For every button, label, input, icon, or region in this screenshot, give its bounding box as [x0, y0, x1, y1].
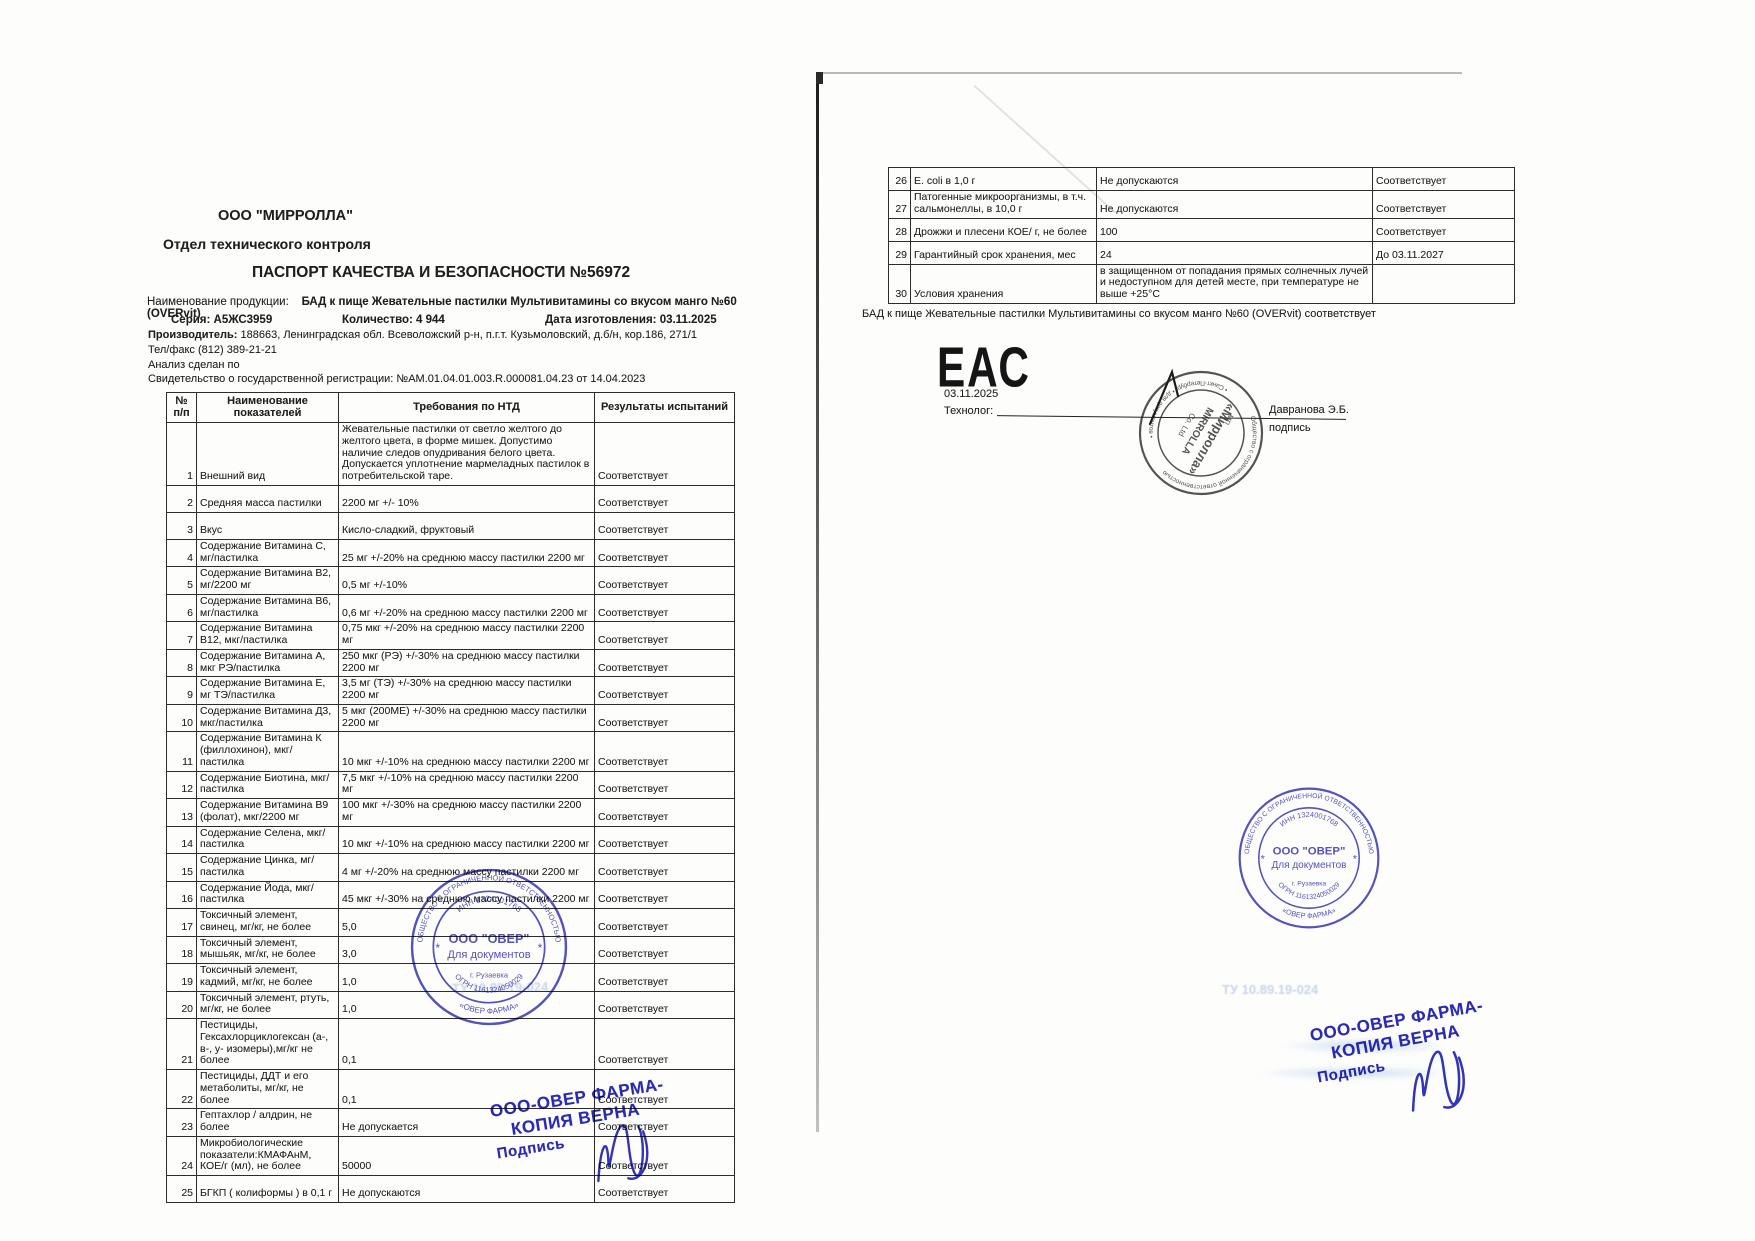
table-row: 11 Содержание Витамина К (филлохинон), м… [167, 732, 735, 771]
row-number: 29 [889, 241, 911, 264]
row-result: Соответствует [595, 909, 735, 937]
row-indicator-name: Содержание Витамина В12, мкг/пастилка [197, 622, 339, 650]
analysis-line: Анализ сделан по [148, 359, 240, 371]
table-row: 26 E. coli в 1,0 г Не допускаются Соотве… [889, 168, 1515, 191]
row-indicator-name: Содержание Витамина А, мкг РЭ/пастилка [197, 649, 339, 677]
row-result: Соответствует [595, 485, 735, 512]
row-requirement: Не допускаются [1097, 191, 1373, 219]
row-requirement: 24 [1097, 241, 1373, 264]
row-number: 18 [167, 936, 197, 964]
row-indicator-name: Патогенные микроорганизмы, в т.ч. сальмо… [911, 191, 1097, 219]
row-indicator-name: Содержание Витамина Е, мг ТЭ/пастилка [197, 677, 339, 705]
handwritten-signature [581, 1111, 677, 1196]
row-requirement: Кисло-сладкий, фруктовый [339, 512, 595, 539]
table-row: 9 Содержание Витамина Е, мг ТЭ/пастилка … [167, 677, 735, 705]
table-header-row: № п/п Наименование показателей Требовани… [167, 393, 735, 423]
producer-label: Производитель: [148, 329, 237, 341]
row-requirement: 2200 мг +/- 10% [339, 485, 595, 512]
row-requirement: 100 [1097, 218, 1373, 241]
round-stamp-graphic: Общество с ограниченной ответственностью… [1111, 343, 1290, 522]
row-requirement: 10 мкг +/-10% на среднюю массу пастилки … [339, 826, 595, 854]
row-result: Соответствует [1373, 168, 1515, 191]
page1-org-name: ООО "МИРРОЛЛА" [218, 208, 353, 224]
row-requirement: 250 мкг (РЭ) +/-30% на среднюю массу пас… [339, 649, 595, 677]
row-indicator-name: E. coli в 1,0 г [911, 168, 1097, 191]
row-result: Соответствует [595, 567, 735, 595]
row-indicator-name: Содержание Селена, мкг/пастилка [197, 826, 339, 854]
stamp-star-right: * [538, 941, 543, 955]
row-number: 26 [889, 168, 911, 191]
row-number: 6 [167, 594, 197, 622]
row-number: 14 [167, 826, 197, 854]
row-number: 7 [167, 622, 197, 650]
row-indicator-name: Средняя масса пастилки [197, 485, 339, 512]
col-header-num: № п/п [167, 393, 197, 423]
stamp-city-text: г. Рузаевка [1292, 880, 1327, 887]
row-indicator-name: Содержание Витамина Д3, мкг/пастилка [197, 704, 339, 732]
quantity-line: Количество: 4 944 [342, 314, 445, 326]
row-number: 21 [167, 1019, 197, 1070]
table-row: 7 Содержание Витамина В12, мкг/пастилка … [167, 622, 735, 650]
pen-stroke [1140, 362, 1200, 432]
technologist-label: Технолог: [944, 405, 993, 417]
row-result: Соответствует [595, 512, 735, 539]
col-header-req: Требования по НТД [339, 393, 595, 423]
sheet-left-edge [816, 72, 819, 1132]
mirrolla-round-stamp: Общество с ограниченной ответственностью… [1111, 343, 1290, 522]
row-indicator-name: Содержание Витамина В6, мг/пастилка [197, 594, 339, 622]
handwritten-signature [1394, 1035, 1496, 1127]
row-result: Соответствует [595, 771, 735, 799]
stamp-purpose-text: Для документов [447, 949, 530, 961]
row-requirement: Не допускаются [1097, 168, 1373, 191]
row-indicator-name: Токсичный элемент, свинец, мг/кг, не бол… [197, 909, 339, 937]
quality-table-page2: 26 E. coli в 1,0 г Не допускаются Соотве… [888, 167, 1515, 304]
table-row: 5 Содержание Витамина В2, мг/2200 мг 0,5… [167, 567, 735, 595]
row-number: 19 [167, 964, 197, 992]
producer-value: 188663, Ленинградская обл. Всеволожский … [241, 329, 697, 341]
row-number: 23 [167, 1109, 197, 1137]
row-number: 11 [167, 732, 197, 771]
row-requirement: 10 мкг +/-10% на среднюю массу пастилки … [339, 732, 595, 771]
stamp-star-left: * [1261, 854, 1266, 866]
scanned-document: ООО "МИРРОЛЛА" Отдел технического контро… [0, 0, 1755, 1241]
row-requirement: 7,5 мкг +/-10% на среднюю массу пастилки… [339, 771, 595, 799]
row-indicator-name: Содержание Витамина К (филлохинон), мкг/… [197, 732, 339, 771]
row-number: 8 [167, 649, 197, 677]
row-result: Соответствует [595, 964, 735, 992]
product-label: Наименование продукции: [147, 296, 289, 308]
row-number: 17 [167, 909, 197, 937]
page1-title: ПАСПОРТ КАЧЕСТВА И БЕЗОПАСНОСТИ №56972 [252, 264, 630, 282]
sheet-corner-mark [816, 72, 823, 84]
row-result: Соответствует [595, 1019, 735, 1070]
table-row: 4 Содержание Витамина С, мг/пастилка 25 … [167, 539, 735, 567]
row-number: 28 [889, 218, 911, 241]
table-row: 1 Внешний вид Жевательные пастилки от св… [167, 423, 735, 486]
row-number: 9 [167, 677, 197, 705]
table-row: 6 Содержание Витамина В6, мг/пастилка 0,… [167, 594, 735, 622]
row-requirement: 0,6 мг +/-20% на среднюю массу пастилки … [339, 594, 595, 622]
row-requirement: 0,5 мг +/-10% [339, 567, 595, 595]
row-result: Соответствует [1373, 191, 1515, 219]
table-row: 14 Содержание Селена, мкг/пастилка 10 мк… [167, 826, 735, 854]
producer-line: Производитель: 188663, Ленинградская обл… [148, 329, 738, 341]
row-indicator-name: Микробиологические показатели:КМАФАнМ, К… [197, 1136, 339, 1175]
row-number: 27 [889, 191, 911, 219]
col-header-name: Наименование показателей [197, 393, 339, 423]
row-indicator-name: Содержание Витамина С, мг/пастилка [197, 539, 339, 567]
row-indicator-name: Гарантийный срок хранения, мес [911, 241, 1097, 264]
row-number: 4 [167, 539, 197, 567]
row-result [1373, 264, 1515, 303]
row-number: 24 [167, 1136, 197, 1175]
row-requirement: 25 мг +/-20% на среднюю массу пастилки 2… [339, 539, 595, 567]
sheet-top-edge [816, 72, 1462, 74]
row-indicator-name: Дрожжи и плесени КОЕ/ г, не более [911, 218, 1097, 241]
faint-bleed-text-page2: ТУ 10.89.19-024 [1222, 982, 1318, 997]
row-result: Соответствует [595, 423, 735, 486]
table-row: 27 Патогенные микроорганизмы, в т.ч. сал… [889, 191, 1515, 219]
row-number: 2 [167, 485, 197, 512]
row-number: 1 [167, 423, 197, 486]
row-requirement: 0,75 мкг +/-20% на среднюю массу пастилк… [339, 622, 595, 650]
phone-line: Тел/факс (812) 389-21-21 [148, 344, 277, 356]
row-indicator-name: Пестициды, Гексахлорциклогексан (а-, в-,… [197, 1019, 339, 1070]
row-result: Соответствует [595, 854, 735, 882]
table-row: 13 Содержание Витамина В9 (фолат), мкг/2… [167, 799, 735, 827]
row-requirement: Жевательные пастилки от светло желтого д… [339, 423, 595, 486]
table-row: 8 Содержание Витамина А, мкг РЭ/пастилка… [167, 649, 735, 677]
row-indicator-name: Пестициды, ДДТ и его метаболиты, мг/кг, … [197, 1070, 339, 1109]
row-indicator-name: Гептахлор / алдрин, не более [197, 1109, 339, 1137]
row-result: Соответствует [595, 622, 735, 650]
row-number: 15 [167, 854, 197, 882]
row-number: 13 [167, 799, 197, 827]
col-header-res: Результаты испытаний [595, 393, 735, 423]
row-result: До 03.11.2027 [1373, 241, 1515, 264]
copy-verna-stamp-page2: ООО-ОВЕР ФАРМА- КОПИЯ ВЕРНА Подпись [1308, 984, 1555, 1088]
row-result: Соответствует [595, 594, 735, 622]
over-round-stamp-page1: ОБЩЕСТВО С ОГРАНИЧЕННОЙ ОТВЕТСТВЕННОСТЬЮ… [408, 866, 570, 1028]
technologist-name: Давранова Э.Б. [1269, 404, 1349, 416]
stamp-org-text: ООО "ОВЕР" [449, 932, 530, 946]
row-requirement: 5 мкг (200МЕ) +/-30% на среднюю массу па… [339, 704, 595, 732]
page1-department: Отдел технического контроля [163, 236, 371, 252]
row-number: 25 [167, 1176, 197, 1203]
table-row: 12 Содержание Биотина, мкг/пастилка 7,5 … [167, 771, 735, 799]
row-indicator-name: Содержание Цинка, мг/пастилка [197, 854, 339, 882]
row-requirement: 100 мкг +/-30% на среднюю массу пастилки… [339, 799, 595, 827]
stamp-purpose-text: Для документов [1272, 860, 1347, 871]
row-indicator-name: Содержание Биотина, мкг/пастилка [197, 771, 339, 799]
manufacture-date-line: Дата изготовления: 03.11.2025 [545, 314, 717, 326]
table-row: 29 Гарантийный срок хранения, мес 24 До … [889, 241, 1515, 264]
page2-date: 03.11.2025 [944, 388, 998, 400]
row-number: 12 [167, 771, 197, 799]
round-stamp-graphic: ОБЩЕСТВО С ОГРАНИЧЕННОЙ ОТВЕТСТВЕННОСТЬЮ… [408, 866, 570, 1028]
row-result: Соответствует [595, 991, 735, 1019]
stamp-star-right: * [1353, 854, 1358, 866]
row-number: 22 [167, 1070, 197, 1109]
row-result: Соответствует [1373, 218, 1515, 241]
table-row: 28 Дрожжи и плесени КОЕ/ г, не более 100… [889, 218, 1515, 241]
round-stamp-graphic: ОБЩЕСТВО С ОГРАНИЧЕННОЙ ОТВЕТСТВЕННОСТЬЮ… [1236, 785, 1382, 931]
row-result: Соответствует [595, 732, 735, 771]
row-indicator-name: Токсичный элемент, ртуть, мг/кг, не боле… [197, 991, 339, 1019]
row-result: Соответствует [595, 649, 735, 677]
row-number: 20 [167, 991, 197, 1019]
row-number: 16 [167, 881, 197, 909]
table-row: 2 Средняя масса пастилки 2200 мг +/- 10%… [167, 485, 735, 512]
row-result: Соответствует [595, 677, 735, 705]
row-indicator-name: Токсичный элемент, кадмий, мг/кг, не бол… [197, 964, 339, 992]
over-round-stamp-page2: ОБЩЕСТВО С ОГРАНИЧЕННОЙ ОТВЕТСТВЕННОСТЬЮ… [1236, 785, 1382, 931]
row-number: 30 [889, 264, 911, 303]
row-indicator-name: БГКП ( колиформы ) в 0,1 г [197, 1176, 339, 1203]
stamp-star-left: * [435, 941, 440, 955]
row-indicator-name: Вкус [197, 512, 339, 539]
conformity-statement: БАД к пище Жевательные пастилки Мультиви… [862, 308, 1482, 320]
table-row: 3 Вкус Кисло-сладкий, фруктовый Соответс… [167, 512, 735, 539]
row-result: Соответствует [595, 826, 735, 854]
row-indicator-name: Содержание Витамина В9 (фолат), мкг/2200… [197, 799, 339, 827]
registration-certificate-line: Свидетельство о государственной регистра… [148, 373, 645, 385]
row-result: Соответствует [595, 539, 735, 567]
series-line: Серия: А5ЖС3959 [171, 314, 272, 326]
row-result: Соответствует [595, 704, 735, 732]
row-result: Соответствует [595, 799, 735, 827]
row-result: Соответствует [595, 936, 735, 964]
row-number: 3 [167, 512, 197, 539]
table-row: 30 Условия хранения в защищенном от попа… [889, 264, 1515, 303]
row-indicator-name: Содержание Йода, мкг/пастилка [197, 881, 339, 909]
row-indicator-name: Внешний вид [197, 423, 339, 486]
row-number: 5 [167, 567, 197, 595]
stamp-org-text: ООО "ОВЕР" [1273, 845, 1346, 857]
table-row: 10 Содержание Витамина Д3, мкг/пастилка … [167, 704, 735, 732]
row-requirement: Не допускаются [339, 1176, 595, 1203]
stamp-city-text: г. Рузаевка [470, 970, 509, 979]
row-result: Соответствует [595, 881, 735, 909]
row-indicator-name: Содержание Витамина В2, мг/2200 мг [197, 567, 339, 595]
row-indicator-name: Токсичный элемент, мышьяк, мг/кг, не бол… [197, 936, 339, 964]
row-requirement: в защищенном от попадания прямых солнечн… [1097, 264, 1373, 303]
row-requirement: 3,5 мг (ТЭ) +/-30% на среднюю массу паст… [339, 677, 595, 705]
row-number: 10 [167, 704, 197, 732]
row-indicator-name: Условия хранения [911, 264, 1097, 303]
